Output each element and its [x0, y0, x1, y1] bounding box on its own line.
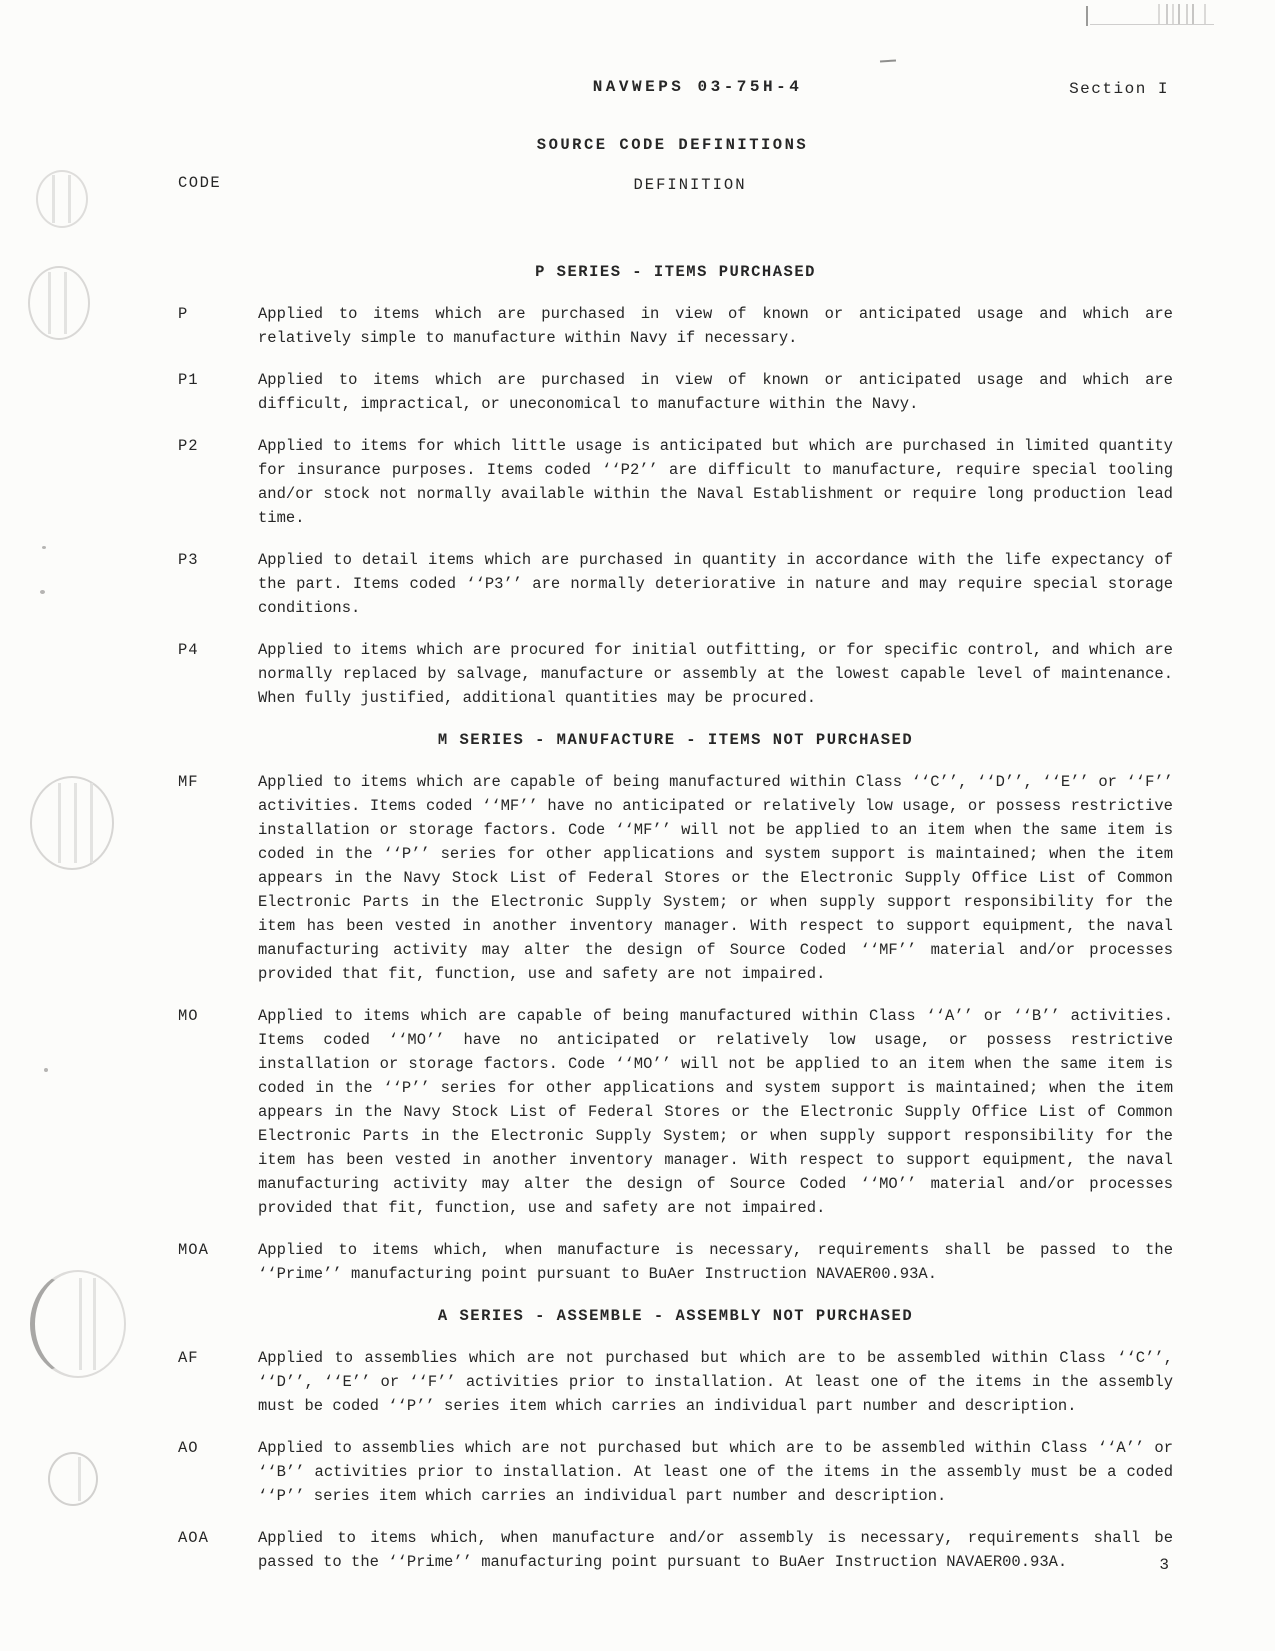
entry-code: AO — [178, 1436, 258, 1508]
entry-definition: Applied to items which, when manufacture… — [258, 1526, 1173, 1574]
entry-AO: AO Applied to assemblies which are not p… — [178, 1436, 1173, 1508]
section-label: Section I — [1069, 80, 1169, 98]
scan-speck — [40, 590, 45, 594]
entry-code: AF — [178, 1346, 258, 1418]
page-title: SOURCE CODE DEFINITIONS — [70, 136, 1275, 154]
entry-code: P — [178, 302, 258, 350]
entry-definition: Applied to assemblies which are not purc… — [258, 1436, 1173, 1508]
entry-code: AOA — [178, 1526, 258, 1574]
page-number: 3 — [1159, 1556, 1169, 1574]
entry-AOA: AOA Applied to items which, when manufac… — [178, 1526, 1173, 1574]
entry-P4: P4 Applied to items which are procured f… — [178, 638, 1173, 710]
entry-code: P4 — [178, 638, 258, 710]
entry-definition: Applied to items for which little usage … — [258, 434, 1173, 530]
column-header-definition: DEFINITION — [105, 176, 1275, 194]
entry-definition: Applied to items which, when manufacture… — [258, 1238, 1173, 1286]
entry-code: MF — [178, 770, 258, 986]
hole-punch-mark — [48, 1452, 98, 1506]
hole-punch-mark — [30, 1270, 126, 1378]
entry-code: P3 — [178, 548, 258, 620]
entry-code: MO — [178, 1004, 258, 1220]
entry-code: P1 — [178, 368, 258, 416]
entry-definition: Applied to items which are capable of be… — [258, 1004, 1173, 1220]
entry-code: P2 — [178, 434, 258, 530]
entry-definition: Applied to items which are procured for … — [258, 638, 1173, 710]
entry-MOA: MOA Applied to items which, when manufac… — [178, 1238, 1173, 1286]
scan-artifact-dash — [880, 59, 896, 62]
section-heading-m-series: M SERIES - MANUFACTURE - ITEMS NOT PURCH… — [178, 728, 1173, 752]
section-heading-p-series: P SERIES - ITEMS PURCHASED — [178, 260, 1173, 284]
entry-definition: Applied to assemblies which are not purc… — [258, 1346, 1173, 1418]
scan-speck — [44, 1068, 48, 1072]
definitions-list: P SERIES - ITEMS PURCHASED P Applied to … — [178, 248, 1173, 1592]
entry-definition: Applied to items which are purchased in … — [258, 302, 1173, 350]
entry-P3: P3 Applied to detail items which are pur… — [178, 548, 1173, 620]
entry-AF: AF Applied to assemblies which are not p… — [178, 1346, 1173, 1418]
entry-definition: Applied to items which are purchased in … — [258, 368, 1173, 416]
entry-MF: MF Applied to items which are capable of… — [178, 770, 1173, 986]
document-page: NAVWEPS 03-75H-4 Section I SOURCE CODE D… — [0, 0, 1275, 1651]
entry-P2: P2 Applied to items for which little usa… — [178, 434, 1173, 530]
entry-P: P Applied to items which are purchased i… — [178, 302, 1173, 350]
entry-MO: MO Applied to items which are capable of… — [178, 1004, 1173, 1220]
hole-punch-mark — [36, 170, 88, 228]
section-heading-a-series: A SERIES - ASSEMBLE - ASSEMBLY NOT PURCH… — [178, 1304, 1173, 1328]
entry-P1: P1 Applied to items which are purchased … — [178, 368, 1173, 416]
entry-definition: Applied to items which are capable of be… — [258, 770, 1173, 986]
entry-definition: Applied to detail items which are purcha… — [258, 548, 1173, 620]
entry-code: MOA — [178, 1238, 258, 1286]
hole-punch-mark — [28, 266, 90, 340]
scan-speck — [42, 546, 46, 549]
hole-punch-mark — [30, 776, 114, 870]
scan-artifact-top-right — [1086, 2, 1214, 32]
